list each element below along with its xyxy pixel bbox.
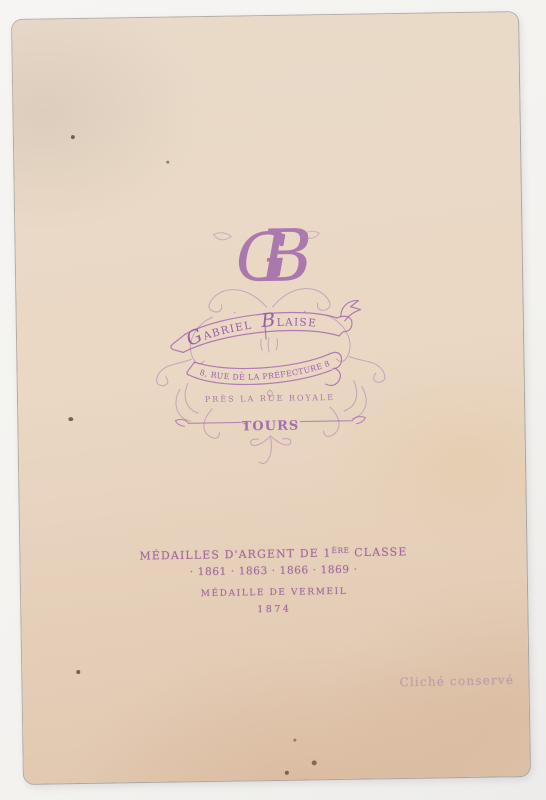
pinhole-speck [71,135,75,139]
pinhole-speck [312,760,317,765]
pinhole-speck [76,670,80,674]
monogram-flourish-left [213,233,231,240]
silver-medals-text: MÉDAILLES D'ARGENT DE 1 [139,547,331,563]
silver-medals-suffix: CLASSE [350,545,408,559]
monogram-letter-b: B [257,213,313,298]
silver-medals-superscript: ÈRE [331,546,349,555]
under-city-flourish [250,436,291,464]
awards-block: MÉDAILLES D'ARGENT DE 1ÈRE CLASSE · 1861… [12,12,518,20]
medal-years-line: · 1861 · 1863 · 1866 · 1869 · [21,561,527,581]
address-ribbon: 8, RUE DE LA PRÉFECTURE 8 [187,352,342,387]
photographer-name: GABRIELBLAISE [183,308,318,350]
vermeil-medal-line: MÉDAILLE DE VERMEIL [21,584,527,602]
photographer-imprint: G B [89,209,453,475]
name-ribbon: GABRIELBLAISE [170,300,361,352]
studio-address: 8, RUE DE LA PRÉFECTURE 8 [199,359,332,383]
name-initial-g: G [183,324,207,351]
pinhole-speck [285,771,289,775]
pinhole-speck [68,417,73,421]
name-rest-laise: LAISE [277,316,318,330]
cabinet-card-back: G B [12,12,530,784]
city-name: TOURS [242,419,300,435]
vermeil-year: 1874 [21,600,527,619]
name-initial-b: B [259,309,277,332]
pinhole-speck [166,161,169,164]
pinhole-speck [293,739,296,742]
cliche-conserve-stamp: Cliché conservé [399,673,514,690]
name-rest-abriel: ABRIEL [201,319,254,343]
monogram-gb: G B [213,213,320,299]
near-rue-royale-line: PRÈS LA RUE ROYALE [205,393,335,404]
